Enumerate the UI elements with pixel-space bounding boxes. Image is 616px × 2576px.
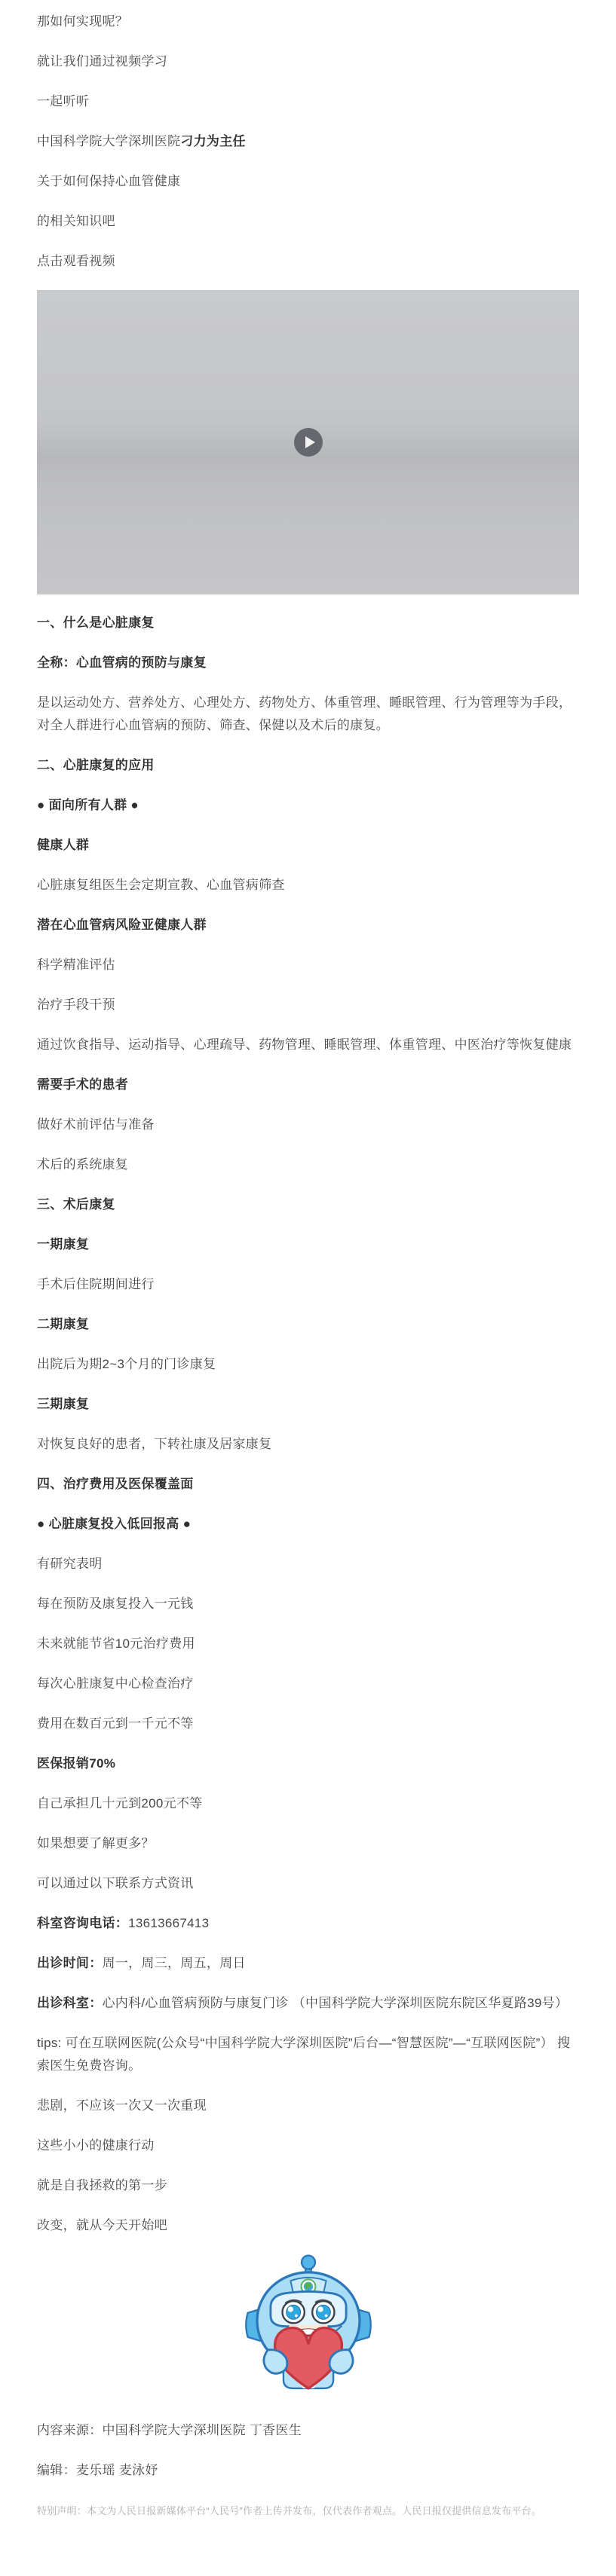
paragraph: 是以运动处方、营养处方、心理处方、药物处方、体重管理、睡眠管理、行为管理等为手段… (37, 692, 579, 737)
text-run: 每在预防及康复投入一元钱 (37, 1597, 194, 1611)
content-source: 内容来源：中国科学院大学深圳医院 丁香医生 (37, 2419, 579, 2442)
subheading: 一期康复 (37, 1233, 579, 1256)
bold-text-run: 需要手术的患者 (37, 1077, 128, 1092)
text-run: 一起听听 (37, 94, 89, 108)
text-run: 通过饮食指导、运动指导、心理疏导、药物管理、睡眠管理、体重管理、中医治疗等恢复健… (37, 1037, 572, 1052)
mascot-illustration (37, 2254, 579, 2395)
bold-text-run: 三、术后康复 (37, 1197, 115, 1212)
subheading: 二期康复 (37, 1313, 579, 1336)
paragraph: 中国科学院大学深圳医院刁力为主任 (37, 130, 579, 153)
text-run: 自己承担几十元到200元不等 (37, 1796, 203, 1811)
bold-text-run: 全称：心血管病的预防与康复 (37, 655, 207, 670)
text-run: 悲剧，不应该一次又一次重现 (37, 2098, 207, 2113)
text-run: 费用在数百元到一千元不等 (37, 1716, 194, 1731)
video-player[interactable] (37, 290, 579, 594)
paragraph: 那如何实现呢？ (37, 11, 579, 33)
text-run: 就是自我拯救的第一步 (37, 2178, 167, 2193)
text-run: 手术后住院期间进行 (37, 1277, 155, 1291)
paragraph: 出院后为期2~3个月的门诊康复 (37, 1353, 579, 1376)
text-run: 心内科/心血管病预防与康复门诊 （中国科学院大学深圳医院东院区华夏路39号） (103, 1996, 568, 2010)
bold-text-run: 医保报销70% (37, 1756, 115, 1771)
bullet-heading: ● 面向所有人群 ● (37, 794, 579, 817)
text-run: 是以运动处方、营养处方、心理处方、药物处方、体重管理、睡眠管理、行为管理等为手段… (37, 695, 572, 732)
subheading: 需要手术的患者 (37, 1074, 579, 1096)
bold-text-run: 四、治疗费用及医保覆盖面 (37, 1477, 194, 1491)
bold-text-run: 二期康复 (37, 1317, 89, 1331)
text-run: 科学精准评估 (37, 958, 115, 972)
left-eye-highlight (287, 2306, 293, 2312)
text-run: 术后的系统康复 (37, 1157, 128, 1172)
text-run: tips: 可在互联网医院(公众号“中国科学院大学深圳医院”后台—“智慧医院”—… (37, 2036, 570, 2073)
paragraph: 通过饮食指导、运动指导、心理疏导、药物管理、睡眠管理、体重管理、中医治疗等恢复健… (37, 1034, 579, 1056)
text-run: 有研究表明 (37, 1557, 103, 1571)
play-icon (305, 436, 315, 448)
section-heading: 二、心脏康复的应用 (37, 754, 579, 777)
paragraph: 就是自我拯救的第一步 (37, 2174, 579, 2197)
text-run: 的相关知识吧 (37, 214, 115, 228)
right-eye-highlight (317, 2306, 323, 2312)
paragraph: 一起听听 (37, 90, 579, 113)
text-run: 编辑：麦乐瑶 麦泳妤 (37, 2463, 158, 2477)
left-iris (286, 2305, 300, 2319)
paragraph: 未来就能节省10元治疗费用 (37, 1633, 579, 1655)
paragraph: 可以通过以下联系方式资讯 (37, 1872, 579, 1895)
bullet-heading: ● 心脏康复投入低回报高 ● (37, 1513, 579, 1536)
text-run: 做好术前评估与准备 (37, 1117, 155, 1132)
text-run: 对恢复良好的患者，下转社康及居家康复 (37, 1437, 271, 1451)
paragraph: 治疗手段干预 (37, 994, 579, 1016)
play-button[interactable] (294, 428, 323, 457)
left-eye-glint (295, 2315, 298, 2318)
bold-text-run: 出诊时间： (37, 1956, 103, 1970)
paragraph: 每在预防及康复投入一元钱 (37, 1593, 579, 1615)
section-heading: 三、术后康复 (37, 1193, 579, 1216)
paragraph: 术后的系统康复 (37, 1154, 579, 1176)
contact-phone: 科室咨询电话：13613667413 (37, 1912, 579, 1935)
editor-credit: 编辑：麦乐瑶 麦泳妤 (37, 2459, 579, 2482)
antenna-ball (302, 2256, 315, 2269)
text-run: 那如何实现呢？ (37, 14, 128, 29)
paragraph: 做好术前评估与准备 (37, 1114, 579, 1136)
robot-heart-mascot (244, 2254, 373, 2391)
paragraph: 如果想要了解更多？ (37, 1832, 579, 1855)
bold-text-run: 健康人群 (37, 838, 89, 852)
text-run: 这些小小的健康行动 (37, 2138, 155, 2153)
subheading: 潜在心血管病风险亚健康人群 (37, 914, 579, 937)
paragraph: 点击观看视频 (37, 250, 579, 273)
text-run: 周一，周三，周五，周日 (103, 1956, 246, 1970)
bold-text-run: ● 心脏康复投入低回报高 ● (37, 1517, 191, 1531)
paragraph: 科学精准评估 (37, 954, 579, 976)
bold-text-run: ● 面向所有人群 ● (37, 798, 139, 812)
paragraph: 悲剧，不应该一次又一次重现 (37, 2095, 579, 2117)
paragraph: 关于如何保持心血管健康 (37, 170, 579, 193)
paragraph: 改变，就从今天开始吧 (37, 2214, 579, 2237)
bold-text-run: 一期康复 (37, 1237, 89, 1251)
text-run: 13613667413 (128, 1916, 209, 1930)
paragraph: 对恢复良好的患者，下转社康及居家康复 (37, 1433, 579, 1456)
text-run: 心脏康复组医生会定期宣教、心血管病筛查 (37, 878, 285, 892)
paragraph: 心脏康复组医生会定期宣教、心血管病筛查 (37, 874, 579, 897)
subheading: 医保报销70% (37, 1752, 579, 1775)
subheading: 三期康复 (37, 1393, 579, 1416)
bold-text-run: 科室咨询电话： (37, 1916, 128, 1930)
text-run: 可以通过以下联系方式资讯 (37, 1876, 194, 1890)
text-run: 每次心脏康复中心检查治疗 (37, 1676, 194, 1691)
right-iris (316, 2305, 330, 2319)
text-run: 点击观看视频 (37, 254, 115, 268)
article-page: 那如何实现呢？就让我们通过视频学习一起听听中国科学院大学深圳医院刁力为主任关于如… (0, 0, 616, 2576)
bold-text-run: 一、什么是心脏康复 (37, 616, 155, 630)
text-run: 中国科学院大学深圳医院 (37, 134, 180, 148)
subheading: 健康人群 (37, 834, 579, 857)
paragraph: 手术后住院期间进行 (37, 1273, 579, 1296)
right-eye-glint (324, 2315, 327, 2318)
paragraph: 这些小小的健康行动 (37, 2134, 579, 2157)
text-run: 关于如何保持心血管健康 (37, 174, 180, 188)
paragraph: 的相关知识吧 (37, 210, 579, 233)
bold-text-run: 三期康复 (37, 1397, 89, 1411)
bold-text-run: 二、心脏康复的应用 (37, 758, 155, 772)
disclaimer: 特别声明：本文为人民日报新媒体平台“人民号”作者上传并发布，仅代表作者观点。人民… (37, 2502, 579, 2520)
section-heading: 一、什么是心脏康复 (37, 612, 579, 634)
bold-text-run: 潜在心血管病风险亚健康人群 (37, 918, 207, 932)
paragraph: 每次心脏康复中心检查治疗 (37, 1673, 579, 1695)
paragraph: 就让我们通过视频学习 (37, 50, 579, 73)
text-run: 改变，就从今天开始吧 (37, 2218, 167, 2232)
bold-text-run: 刁力为主任 (180, 134, 246, 148)
tips-note: tips: 可在互联网医院(公众号“中国科学院大学深圳医院”后台—“智慧医院”—… (37, 2032, 579, 2077)
text-run: 就让我们通过视频学习 (37, 54, 167, 69)
text-run: 出院后为期2~3个月的门诊康复 (37, 1357, 216, 1371)
subheading: 全称：心血管病的预防与康复 (37, 652, 579, 674)
clinic-hours: 出诊时间：周一，周三，周五，周日 (37, 1952, 579, 1975)
article-body: 那如何实现呢？就让我们通过视频学习一起听听中国科学院大学深圳医院刁力为主任关于如… (0, 0, 616, 2560)
paragraph: 自己承担几十元到200元不等 (37, 1792, 579, 1815)
paragraph: 有研究表明 (37, 1553, 579, 1575)
text-run: 治疗手段干预 (37, 998, 115, 1012)
section-heading: 四、治疗费用及医保覆盖面 (37, 1473, 579, 1496)
text-run: 特别声明：本文为人民日报新媒体平台“人民号”作者上传并发布，仅代表作者观点。人民… (37, 2505, 541, 2516)
bold-text-run: 出诊科室： (37, 1996, 103, 2010)
text-run: 如果想要了解更多？ (37, 1836, 155, 1850)
text-run: 未来就能节省10元治疗费用 (37, 1636, 195, 1651)
paragraph: 费用在数百元到一千元不等 (37, 1713, 579, 1735)
clinic-department: 出诊科室：心内科/心血管病预防与康复门诊 （中国科学院大学深圳医院东院区华夏路3… (37, 1992, 579, 2015)
text-run: 内容来源：中国科学院大学深圳医院 丁香医生 (37, 2423, 302, 2437)
